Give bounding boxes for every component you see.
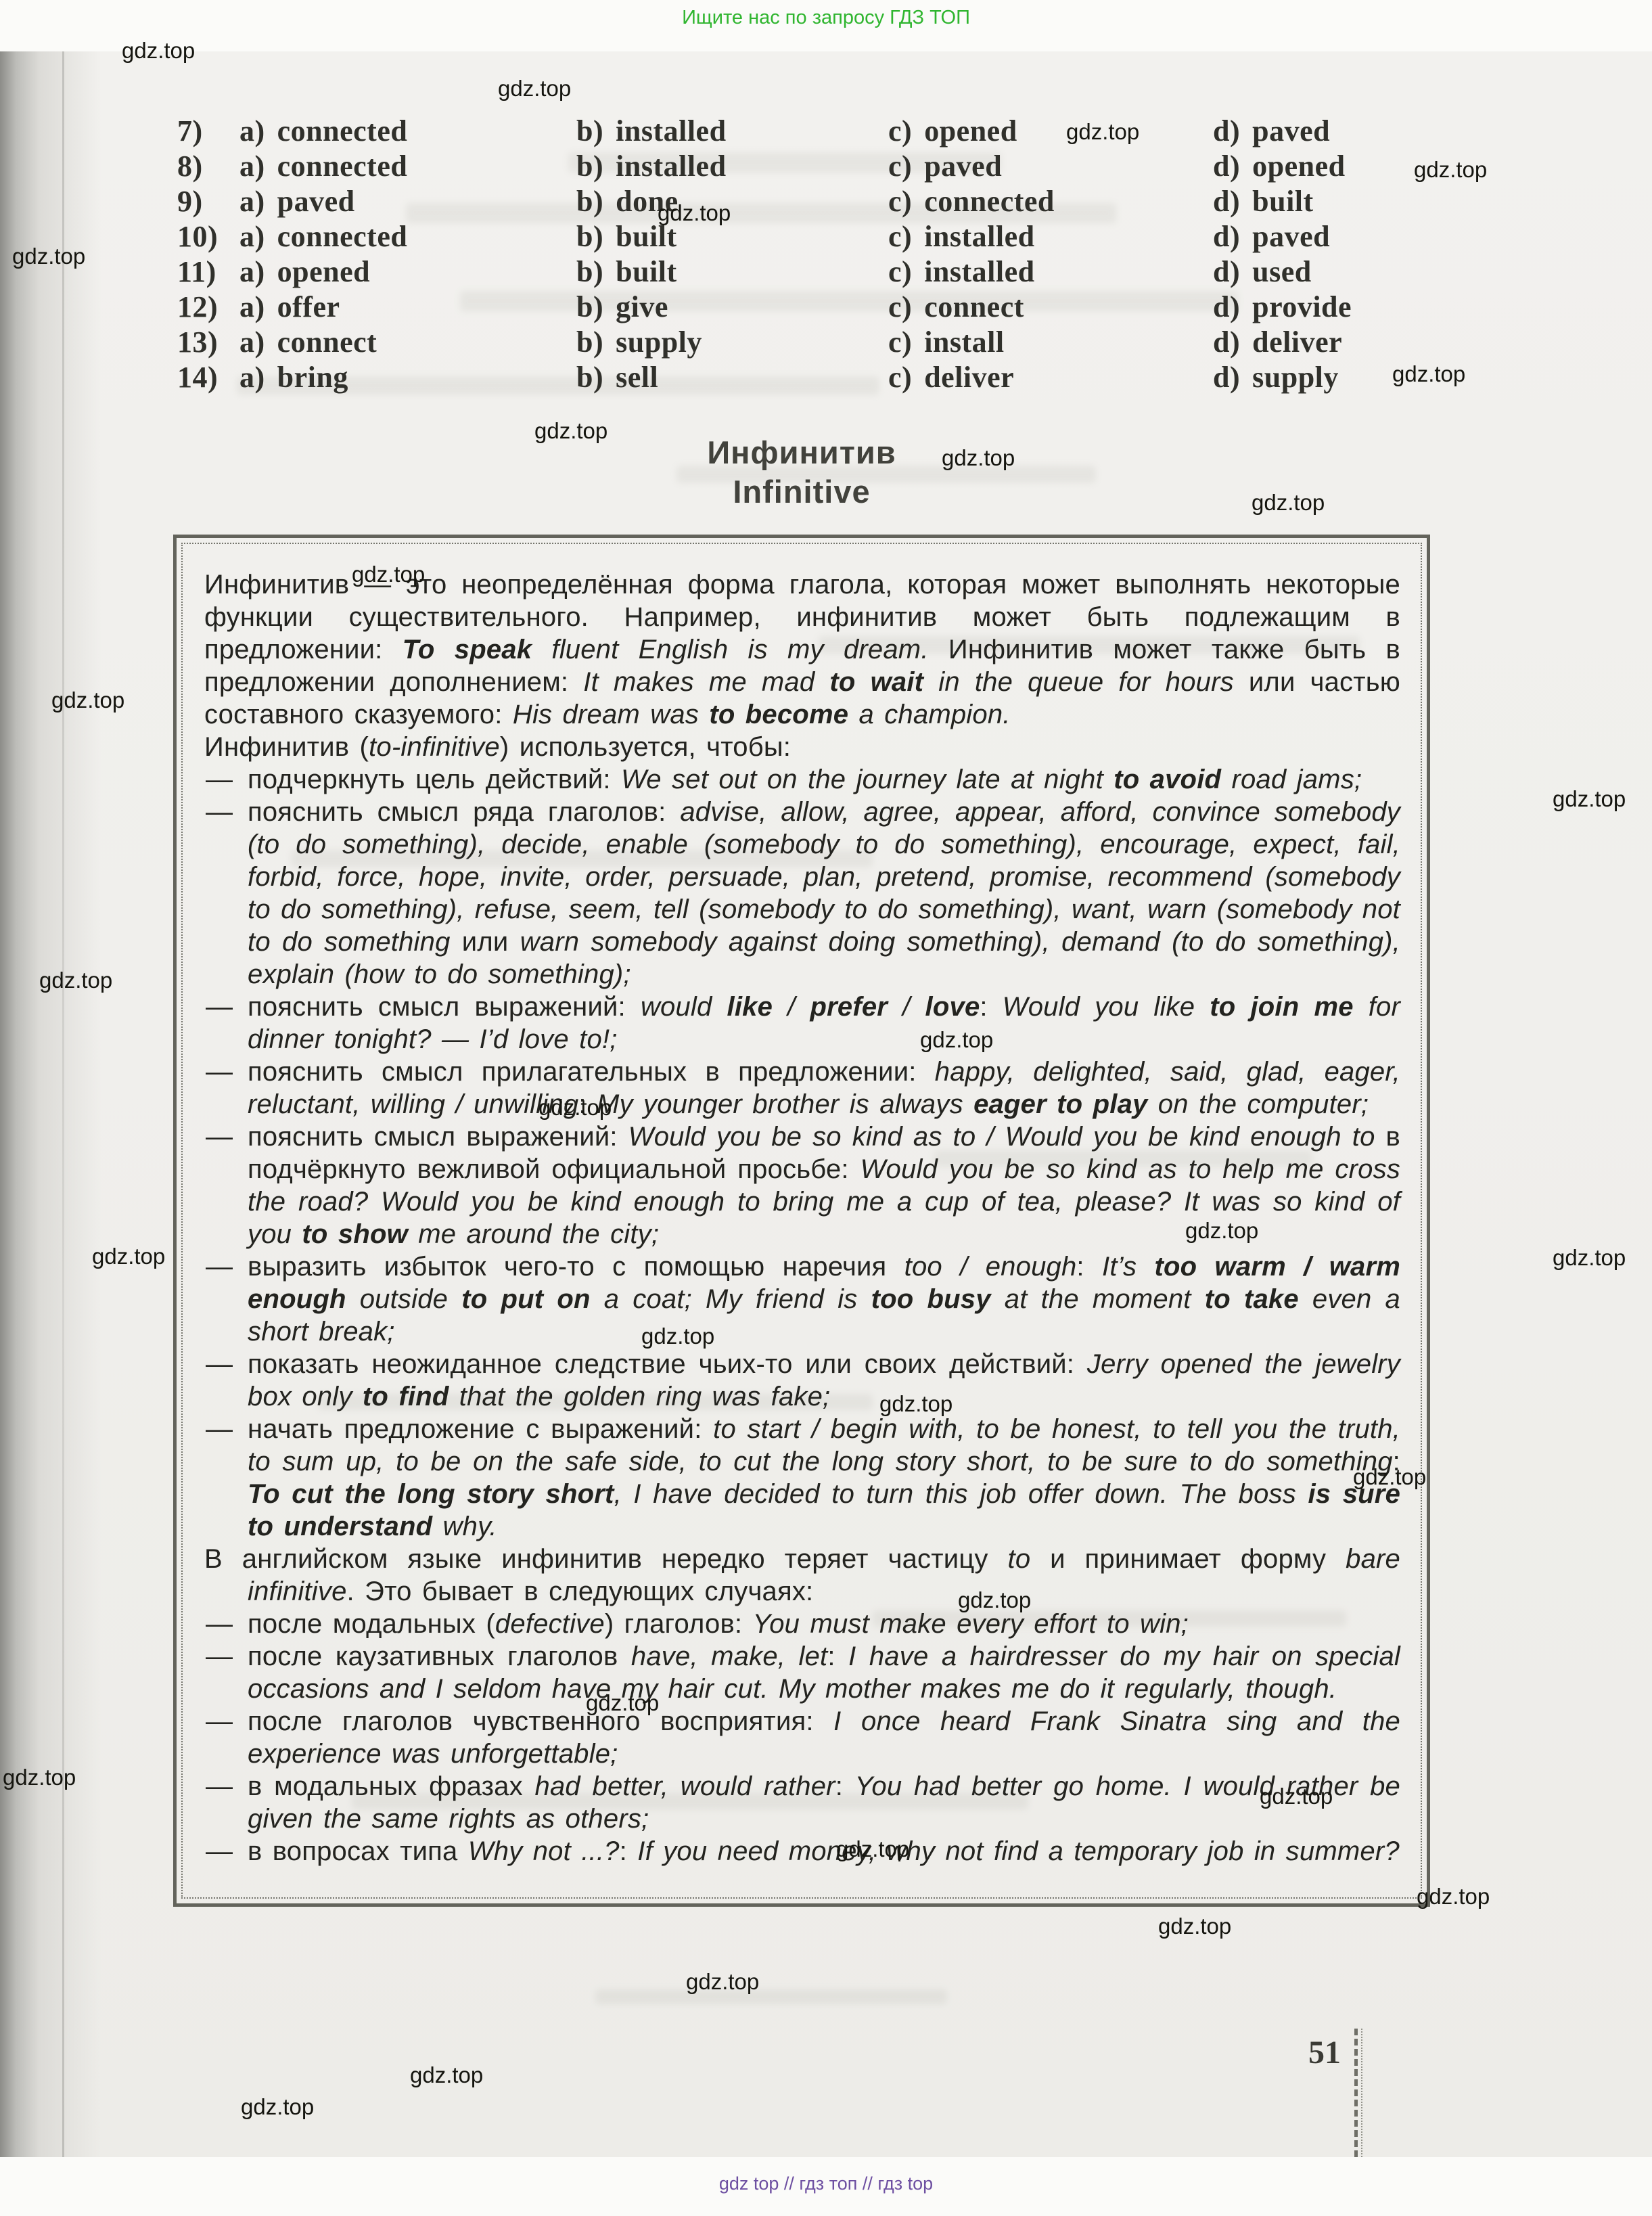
option-letter: d) [1213,149,1240,184]
answer-option: d)used [1213,254,1564,290]
bullet-dash: — [206,1705,233,1738]
option-word: installed [616,150,726,183]
bullet-dash: — [206,1608,233,1640]
row-number: 7) [177,114,239,149]
answer-option: d)deliver [1213,325,1564,360]
answer-row: 13)a)connectb)supplyc)installd)deliver [177,325,1564,360]
page-binding-shadow [0,51,101,2157]
bullet-dash: — [206,1413,233,1445]
option-letter: b) [576,325,603,360]
answer-row: 9)a)pavedb)donec)connectedd)built [177,184,1564,219]
bullet-dash: — [206,1348,233,1380]
bullet-dash: — [206,796,233,828]
option-word: bring [277,361,348,394]
answer-option: b)done [576,184,888,219]
answer-row: 10)a)connectedb)builtc)installedd)paved [177,219,1564,254]
row-number: 12) [177,290,239,325]
grammar-bullet: —после глаголов чувственного восприятия:… [204,1705,1400,1770]
grammar-bullet: —в вопросах типа Why not ...?: If you ne… [204,1835,1400,1868]
option-letter: b) [576,290,603,325]
answer-option: c)install [888,325,1213,360]
option-letter: b) [576,254,603,290]
option-word: paved [277,185,355,218]
grammar-paragraph: Инфинитив — это неопределённая форма гла… [204,568,1400,731]
option-letter: b) [576,360,603,395]
option-word: supply [1252,361,1339,394]
grammar-paragraph: В английском языке инфинитив нередко тер… [204,1543,1400,1608]
option-word: connected [277,150,408,183]
answer-option: b)sell [576,360,888,395]
option-word: give [616,290,668,323]
bullet-dash: — [206,1770,233,1803]
answer-option: a)offer [239,290,576,325]
answer-option: d)provide [1213,290,1564,325]
answer-option: c)installed [888,219,1213,254]
grammar-box-content: Инфинитив — это неопределённая форма гла… [181,543,1422,1899]
answer-option: b)supply [576,325,888,360]
answer-option: c)deliver [888,360,1213,395]
page-edge-rule [1354,2029,1362,2157]
grammar-bullet: —начать предложение с выражений: to star… [204,1413,1400,1543]
option-letter: c) [888,149,912,184]
grammar-bullet: —пояснить смысл прилагательных в предлож… [204,1056,1400,1121]
option-word: installed [616,114,726,148]
option-letter: b) [576,114,603,149]
answer-option: a)connected [239,114,576,149]
option-letter: c) [888,360,912,395]
option-letter: c) [888,219,912,254]
option-word: deliver [1252,325,1342,359]
answer-option: b)installed [576,114,888,149]
bullet-dash: — [206,1056,233,1088]
option-word: connected [277,114,408,148]
option-letter: b) [576,219,603,254]
option-word: opened [277,255,370,288]
option-word: installed [924,255,1034,288]
option-letter: d) [1213,254,1240,290]
answer-option: d)paved [1213,114,1564,149]
answer-option: d)supply [1213,360,1564,395]
option-word: install [924,325,1004,359]
grammar-bullet: —в модальных фразах had better, would ra… [204,1770,1400,1835]
grammar-bullet: —после модальных (defective) глаголов: Y… [204,1608,1400,1640]
option-letter: d) [1213,114,1240,149]
row-number: 11) [177,254,239,290]
page-fold-crease [62,51,64,2157]
option-word: used [1252,255,1312,288]
option-letter: d) [1213,184,1240,219]
option-letter: a) [239,325,265,360]
option-word: connected [924,185,1055,218]
grammar-bullet: —пояснить смысл выражений: would like / … [204,991,1400,1056]
option-word: built [1252,185,1314,218]
option-letter: a) [239,114,265,149]
option-letter: d) [1213,290,1240,325]
option-word: supply [616,325,702,359]
grammar-bullet: —показать неожиданное следствие чьих-то … [204,1348,1400,1413]
grammar-bullet: —после каузативных глаголов have, make, … [204,1640,1400,1705]
answer-option: b)installed [576,149,888,184]
option-word: provide [1252,290,1352,323]
option-word: opened [1252,150,1345,183]
answer-option: b)give [576,290,888,325]
grammar-bullet: —пояснить смысл ряда глаголов: advise, a… [204,796,1400,991]
row-number: 9) [177,184,239,219]
option-word: installed [924,220,1034,253]
answer-option: b)built [576,254,888,290]
answer-option: c)connect [888,290,1213,325]
option-word: paved [1252,114,1330,148]
option-word: connected [277,220,408,253]
option-letter: a) [239,290,265,325]
section-title: Инфинитив Infinitive [173,433,1430,512]
option-letter: a) [239,360,265,395]
page-number: 51 [1266,2034,1341,2071]
option-letter: c) [888,325,912,360]
bullet-dash: — [206,1121,233,1153]
row-number: 8) [177,149,239,184]
section-title-ru: Инфинитив [173,433,1430,472]
answer-option: c)paved [888,149,1213,184]
grammar-bullet: —выразить избыток чего-то с помощью наре… [204,1250,1400,1348]
answer-option: a)connected [239,219,576,254]
option-word: built [616,220,677,253]
option-word: connect [924,290,1024,323]
answer-option: a)opened [239,254,576,290]
bullet-dash: — [206,1835,233,1868]
answer-row: 14)a)bringb)sellc)deliverd)supply [177,360,1564,395]
row-number: 13) [177,325,239,360]
option-word: paved [1252,220,1330,253]
row-number: 10) [177,219,239,254]
answer-option: d)built [1213,184,1564,219]
option-word: sell [616,361,658,394]
grammar-box: Инфинитив — это неопределённая форма гла… [173,535,1430,1907]
bottom-banner: gdz top // гдз топ // гдз top [0,2173,1652,2194]
option-letter: a) [239,149,265,184]
answer-option: a)connected [239,149,576,184]
option-letter: a) [239,219,265,254]
option-letter: b) [576,149,603,184]
answer-option: a)connect [239,325,576,360]
answer-option: c)connected [888,184,1213,219]
option-letter: a) [239,184,265,219]
answer-option: d)paved [1213,219,1564,254]
grammar-bullet: —подчеркнуть цель действий: We set out o… [204,763,1400,796]
answer-option: c)opened [888,114,1213,149]
grammar-bullet: —пояснить смысл выражений: Would you be … [204,1121,1400,1250]
row-number: 14) [177,360,239,395]
option-letter: d) [1213,325,1240,360]
option-letter: a) [239,254,265,290]
top-banner: Ищите нас по запросу ГДЗ ТОП [0,7,1652,29]
answer-row: 8)a)connectedb)installedc)pavedd)opened [177,149,1564,184]
option-letter: d) [1213,360,1240,395]
answer-option: a)bring [239,360,576,395]
option-letter: b) [576,184,603,219]
answer-option: d)opened [1213,149,1564,184]
answer-row: 11)a)openedb)builtc)installedd)used [177,254,1564,290]
answer-row: 7)a)connectedb)installedc)openedd)paved [177,114,1564,149]
option-word: deliver [924,361,1014,394]
bullet-dash: — [206,1640,233,1673]
option-letter: c) [888,290,912,325]
option-word: built [616,255,677,288]
answer-option: b)built [576,219,888,254]
answer-row: 12)a)offerb)givec)connectd)provide [177,290,1564,325]
section-title-en: Infinitive [173,472,1430,512]
option-word: paved [924,150,1002,183]
answer-option: a)paved [239,184,576,219]
grammar-paragraph: Инфинитив (to-infinitive) используется, … [204,731,1400,763]
option-letter: d) [1213,219,1240,254]
bullet-dash: — [206,991,233,1023]
bullet-dash: — [206,1250,233,1283]
option-word: connect [277,325,377,359]
scanned-page: 7)a)connectedb)installedc)openedd)paved8… [0,51,1652,2157]
bleedthrough-artifact [595,1989,947,2004]
option-word: offer [277,290,340,323]
answer-key-table: 7)a)connectedb)installedc)openedd)paved8… [177,114,1564,395]
option-word: opened [924,114,1017,148]
answer-option: c)installed [888,254,1213,290]
option-letter: c) [888,114,912,149]
bullet-dash: — [206,763,233,796]
option-letter: c) [888,184,912,219]
option-word: done [616,185,678,218]
option-letter: c) [888,254,912,290]
